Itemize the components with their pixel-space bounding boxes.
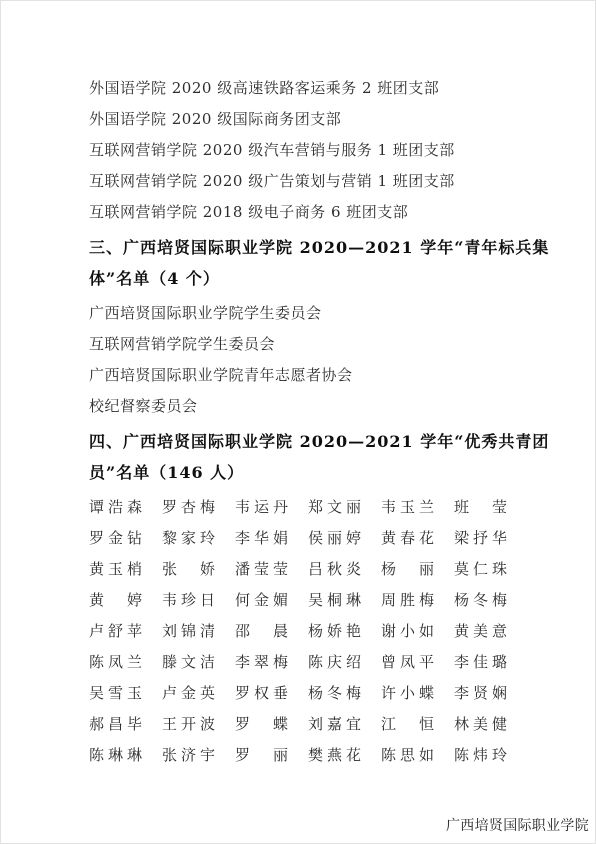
- collective-item: 广西培贤国际职业学院学生委员会: [89, 298, 555, 329]
- collective-item: 广西培贤国际职业学院青年志愿者协会: [89, 360, 555, 391]
- member-name: 陈思如: [381, 740, 440, 771]
- footer-school-name: 广西培贤国际职业学院: [446, 815, 589, 835]
- member-name: 李佳璐: [454, 647, 513, 678]
- member-name: 许小蝶: [381, 678, 440, 709]
- name-row: 黄 婷 韦珍日 何金媚 吴桐琳 周胜梅 杨冬梅: [89, 585, 555, 616]
- member-name: 班 莹: [454, 492, 513, 523]
- section4-heading-line1: 四、广西培贤国际职业学院 2020—2021 学年“优秀共青团: [89, 426, 555, 457]
- member-name: 曾凤平: [381, 647, 440, 678]
- member-name: 杨冬梅: [308, 678, 367, 709]
- member-name: 陈庆绍: [308, 647, 367, 678]
- name-row: 卢舒苹 刘锦清 邵 晨 杨娇艳 谢小如 黄美意: [89, 616, 555, 647]
- member-name: 吕秋炎: [308, 554, 367, 585]
- member-name: 吴雪玉: [89, 678, 148, 709]
- name-row: 谭浩森 罗杏梅 韦运丹 郑文丽 韦玉兰 班 莹: [89, 492, 555, 523]
- member-name: 罗金钻: [89, 523, 148, 554]
- member-name: 罗杏梅: [162, 492, 221, 523]
- member-name: 黄美意: [454, 616, 513, 647]
- member-name: 罗 蝶: [235, 709, 294, 740]
- member-name: 黄春花: [381, 523, 440, 554]
- name-row: 陈琳琳 张济宇 罗 丽 樊燕花 陈思如 陈炜玲: [89, 740, 555, 771]
- member-name: 罗 丽: [235, 740, 294, 771]
- member-name: 谭浩森: [89, 492, 148, 523]
- member-name: 杨娇艳: [308, 616, 367, 647]
- member-name: 黄玉梢: [89, 554, 148, 585]
- member-name: 刘嘉宜: [308, 709, 367, 740]
- member-name: 刘锦清: [162, 616, 221, 647]
- member-name: 郑文丽: [308, 492, 367, 523]
- member-name: 莫仁珠: [454, 554, 513, 585]
- section4-heading-line2: 员”名单（146 人）: [89, 457, 555, 488]
- member-name: 江 恒: [381, 709, 440, 740]
- section3-heading-line1: 三、广西培贤国际职业学院 2020—2021 学年“青年标兵集: [89, 232, 555, 263]
- member-name: 卢金英: [162, 678, 221, 709]
- member-name: 杨 丽: [381, 554, 440, 585]
- league-branch-item: 外国语学院 2020 级国际商务团支部: [89, 104, 555, 135]
- member-name: 韦玉兰: [381, 492, 440, 523]
- member-name: 梁抒华: [454, 523, 513, 554]
- name-row: 黄玉梢 张 娇 潘莹莹 吕秋炎 杨 丽 莫仁珠: [89, 554, 555, 585]
- section3-heading-line2: 体”名单（4 个）: [89, 263, 555, 294]
- name-row: 郝昌毕 王开波 罗 蝶 刘嘉宜 江 恒 林美健: [89, 709, 555, 740]
- member-name: 李华娟: [235, 523, 294, 554]
- member-name: 周胜梅: [381, 585, 440, 616]
- member-name: 林美健: [454, 709, 513, 740]
- member-name: 侯丽婷: [308, 523, 367, 554]
- league-branch-item: 外国语学院 2020 级高速铁路客运乘务 2 班团支部: [89, 73, 555, 104]
- name-row: 吴雪玉 卢金英 罗权垂 杨冬梅 许小蝶 李贤娴: [89, 678, 555, 709]
- member-name: 张 娇: [162, 554, 221, 585]
- collective-item: 互联网营销学院学生委员会: [89, 329, 555, 360]
- member-name: 邵 晨: [235, 616, 294, 647]
- document-page: 外国语学院 2020 级高速铁路客运乘务 2 班团支部 外国语学院 2020 级…: [0, 0, 596, 844]
- section4-heading: 四、广西培贤国际职业学院 2020—2021 学年“优秀共青团 员”名单（146…: [89, 426, 555, 488]
- document-content: 外国语学院 2020 级高速铁路客运乘务 2 班团支部 外国语学院 2020 级…: [1, 1, 595, 771]
- member-name: 张济宇: [162, 740, 221, 771]
- member-name: 李翠梅: [235, 647, 294, 678]
- name-row: 罗金钻 黎家玲 李华娟 侯丽婷 黄春花 梁抒华: [89, 523, 555, 554]
- member-name: 谢小如: [381, 616, 440, 647]
- member-name: 黎家玲: [162, 523, 221, 554]
- member-name: 罗权垂: [235, 678, 294, 709]
- name-row: 陈凤兰 滕文洁 李翠梅 陈庆绍 曾凤平 李佳璐: [89, 647, 555, 678]
- section3-heading: 三、广西培贤国际职业学院 2020—2021 学年“青年标兵集 体”名单（4 个…: [89, 232, 555, 294]
- member-name: 樊燕花: [308, 740, 367, 771]
- member-name: 陈凤兰: [89, 647, 148, 678]
- member-name: 李贤娴: [454, 678, 513, 709]
- member-name: 滕文洁: [162, 647, 221, 678]
- league-branch-item: 互联网营销学院 2020 级汽车营销与服务 1 班团支部: [89, 135, 555, 166]
- member-name: 郝昌毕: [89, 709, 148, 740]
- member-name: 卢舒苹: [89, 616, 148, 647]
- member-name: 潘莹莹: [235, 554, 294, 585]
- member-name: 黄 婷: [89, 585, 148, 616]
- collective-item: 校纪督察委员会: [89, 391, 555, 422]
- member-name: 王开波: [162, 709, 221, 740]
- member-name: 何金媚: [235, 585, 294, 616]
- member-name: 韦运丹: [235, 492, 294, 523]
- member-name: 陈琳琳: [89, 740, 148, 771]
- member-name: 韦珍日: [162, 585, 221, 616]
- member-name: 杨冬梅: [454, 585, 513, 616]
- member-name: 陈炜玲: [454, 740, 513, 771]
- member-name: 吴桐琳: [308, 585, 367, 616]
- league-branch-item: 互联网营销学院 2020 级广告策划与营销 1 班团支部: [89, 166, 555, 197]
- league-branch-item: 互联网营销学院 2018 级电子商务 6 班团支部: [89, 197, 555, 228]
